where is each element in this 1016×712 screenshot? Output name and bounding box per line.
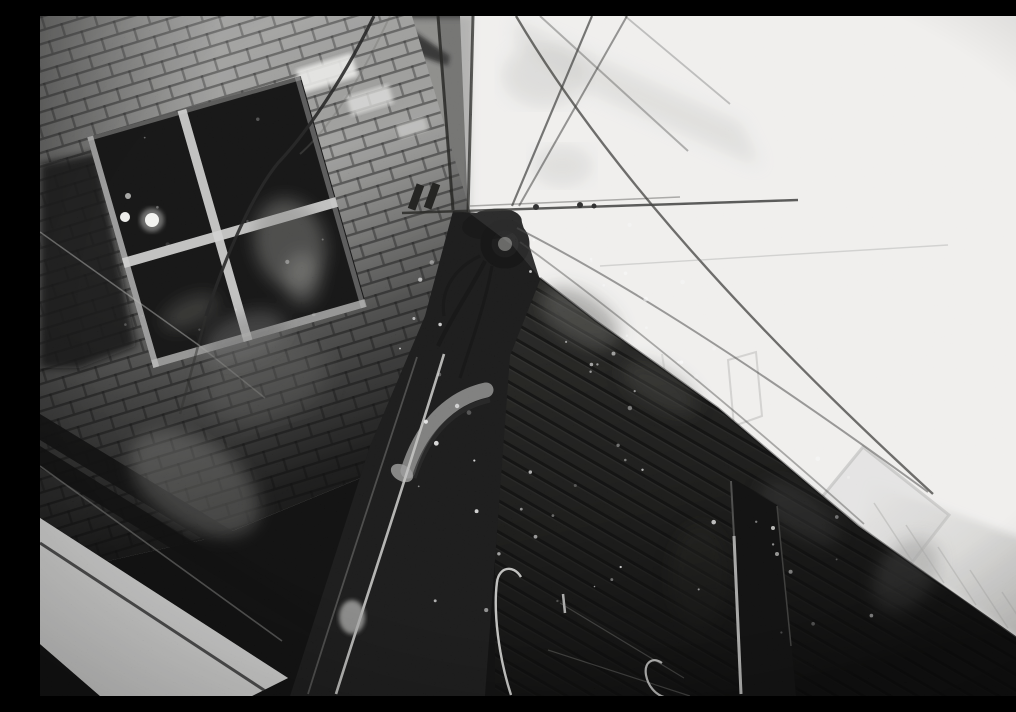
photograph: Looking steeply up in an alley: a gray b…: [40, 16, 1016, 696]
vignette: [40, 16, 1016, 696]
photo-canvas: [40, 16, 1016, 696]
